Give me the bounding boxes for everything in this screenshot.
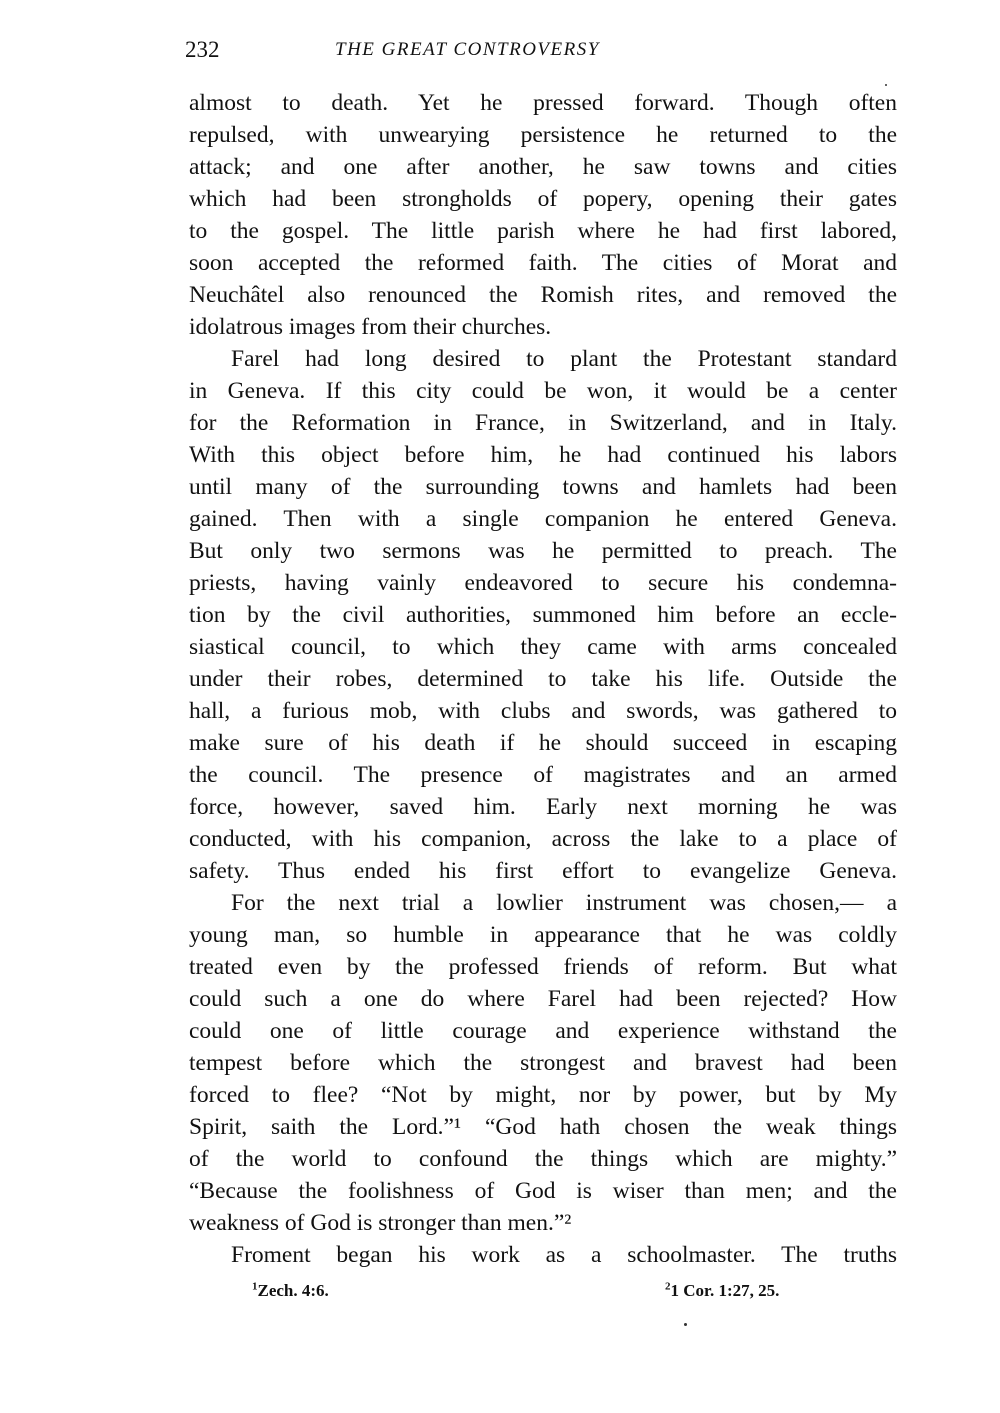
paragraph-3: For the next trial a lowlier instrument … xyxy=(189,887,897,1239)
text-line: in Geneva. If this city could be won, it… xyxy=(189,375,897,407)
scan-speck xyxy=(885,84,887,86)
scan-speck xyxy=(684,1323,687,1326)
paragraph-1: almost to death. Yet he pressed forward.… xyxy=(189,87,897,343)
text-line: But only two sermons was he permitted to… xyxy=(189,535,897,567)
body-text: almost to death. Yet he pressed forward.… xyxy=(189,87,897,1271)
running-head: THE GREAT CONTROVERSY xyxy=(335,36,600,64)
text-line: siastical council, to which they came wi… xyxy=(189,631,897,663)
text-line: tion by the civil authorities, summoned … xyxy=(189,599,897,631)
text-line: Farel had long desired to plant the Prot… xyxy=(189,343,897,375)
text-line: could such a one do where Farel had been… xyxy=(189,983,897,1015)
text-line: “Because the foolishness of God is wiser… xyxy=(189,1175,897,1207)
text-line: of the world to confound the things whic… xyxy=(189,1143,897,1175)
text-line: almost to death. Yet he pressed forward.… xyxy=(189,87,897,119)
text-line: forced to flee? “Not by might, nor by po… xyxy=(189,1079,897,1111)
paragraph-4: Froment began his work as a schoolmaster… xyxy=(189,1239,897,1271)
text-line: safety. Thus ended his first effort to e… xyxy=(189,855,897,887)
text-line: Neuchâtel also renounced the Romish rite… xyxy=(189,279,897,311)
text-line: soon accepted the reformed faith. The ci… xyxy=(189,247,897,279)
text-line: could one of little courage and experien… xyxy=(189,1015,897,1047)
text-line: attack; and one after another, he saw to… xyxy=(189,151,897,183)
text-line: priests, having vainly endeavored to sec… xyxy=(189,567,897,599)
footnote-1: 1Zech. 4:6. xyxy=(252,1279,329,1303)
text-line: Froment began his work as a schoolmaster… xyxy=(189,1239,897,1271)
footnote-2: 21 Cor. 1:27, 25. xyxy=(665,1279,779,1303)
page-header: 232 THE GREAT CONTROVERSY xyxy=(185,36,900,64)
text-line: for the Reformation in France, in Switze… xyxy=(189,407,897,439)
footnote-text: 1 Cor. 1:27, 25. xyxy=(671,1281,780,1300)
footnotes: 1Zech. 4:6. 21 Cor. 1:27, 25. xyxy=(252,1279,902,1303)
text-line: For the next trial a lowlier instrument … xyxy=(189,887,897,919)
text-line: hall, a furious mob, with clubs and swor… xyxy=(189,695,897,727)
text-line: young man, so humble in appearance that … xyxy=(189,919,897,951)
text-line: under their robes, determined to take hi… xyxy=(189,663,897,695)
text-line: until many of the surrounding towns and … xyxy=(189,471,897,503)
book-page: 232 THE GREAT CONTROVERSY almost to deat… xyxy=(0,0,1000,1413)
text-line: With this object before him, he had cont… xyxy=(189,439,897,471)
text-line: repulsed, with unwearying persistence he… xyxy=(189,119,897,151)
text-line: to the gospel. The little parish where h… xyxy=(189,215,897,247)
text-line: gained. Then with a single companion he … xyxy=(189,503,897,535)
text-line: idolatrous images from their churches. xyxy=(189,311,897,343)
paragraph-2: Farel had long desired to plant the Prot… xyxy=(189,343,897,887)
text-line: weakness of God is stronger than men.”² xyxy=(189,1207,897,1239)
text-line: which had been strongholds of popery, op… xyxy=(189,183,897,215)
text-line: Spirit, saith the Lord.”¹ “God hath chos… xyxy=(189,1111,897,1143)
text-line: make sure of his death if he should succ… xyxy=(189,727,897,759)
text-line: tempest before which the strongest and b… xyxy=(189,1047,897,1079)
page-number: 232 xyxy=(185,36,220,64)
footnote-text: Zech. 4:6. xyxy=(258,1281,329,1300)
text-line: the council. The presence of magistrates… xyxy=(189,759,897,791)
text-line: treated even by the professed friends of… xyxy=(189,951,897,983)
text-line: conducted, with his companion, across th… xyxy=(189,823,897,855)
text-line: force, however, saved him. Early next mo… xyxy=(189,791,897,823)
